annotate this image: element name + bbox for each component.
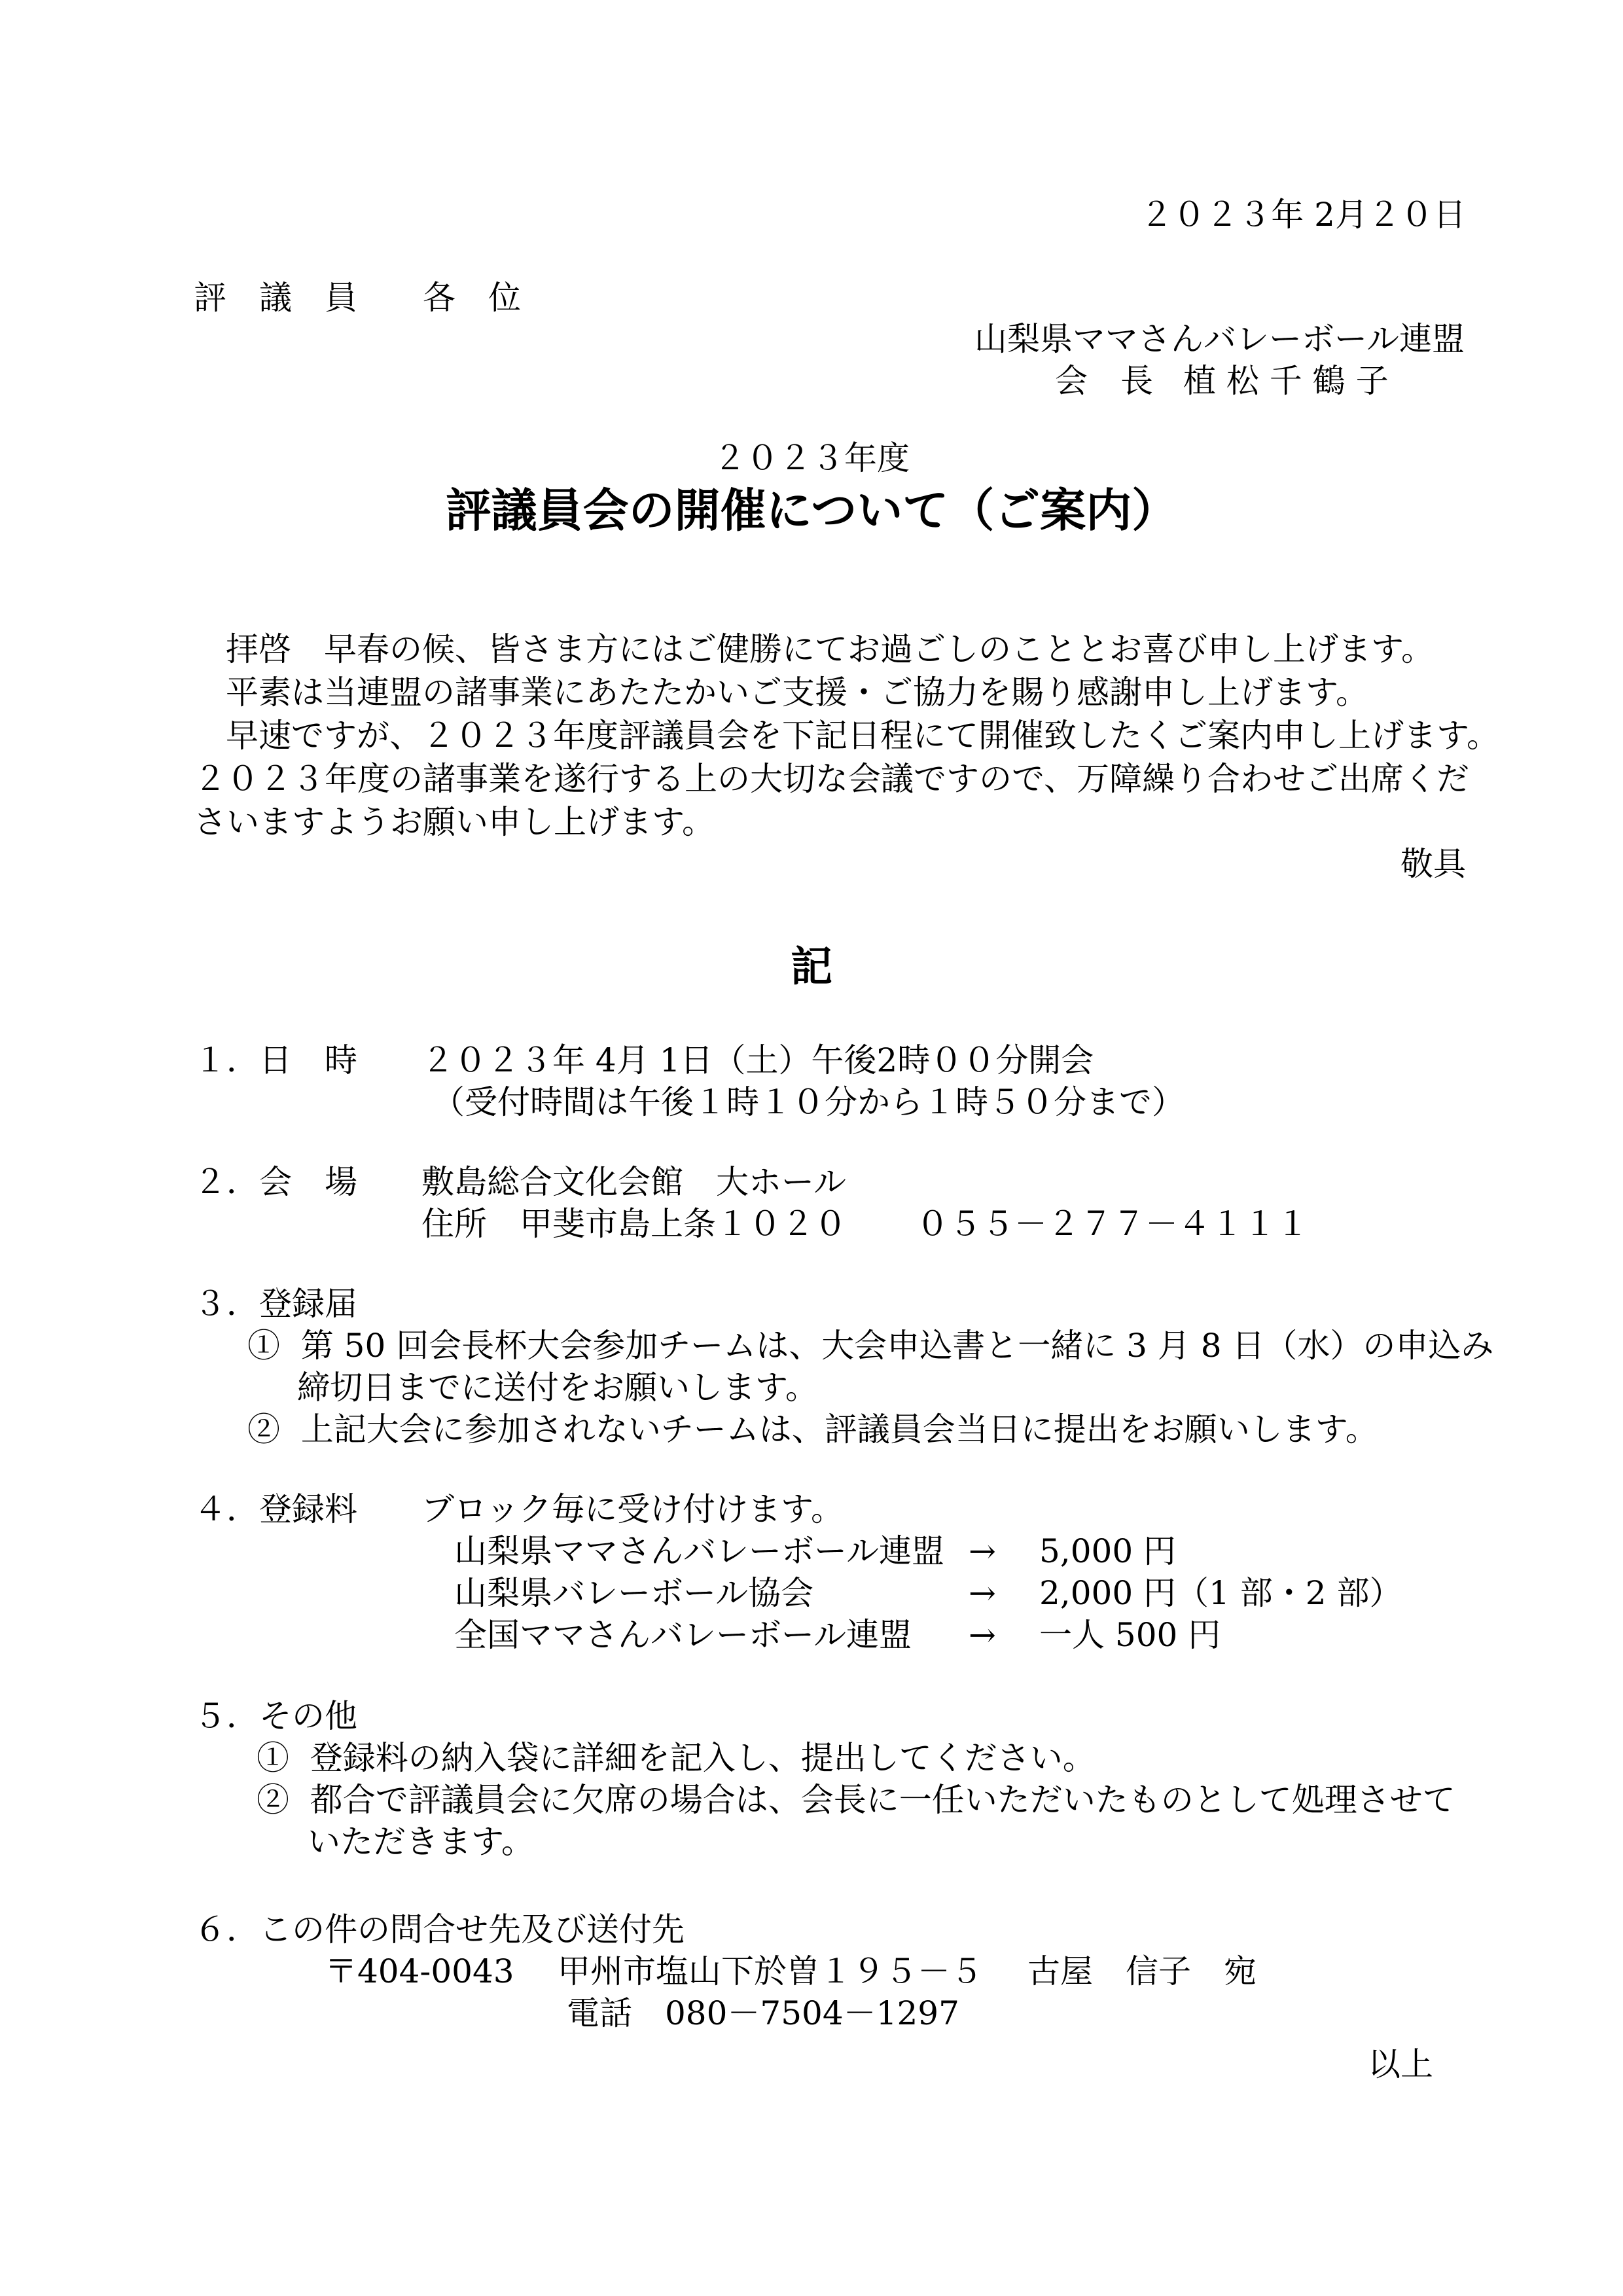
title-year: ２０２３年度 xyxy=(0,439,1623,478)
body-line: ２０２３年度の諸事業を遂行する上の大切な会議ですので、万障繰り合わせご出席くだ xyxy=(194,759,1469,798)
item-contact-label: ６．この件の問合せ先及び送付先 xyxy=(194,1910,685,1949)
registration-point: ② 上記大会に参加されないチームは、評議員会当日に提出をお願いします。 xyxy=(247,1410,1378,1449)
item-registration-label: ３．登録届 xyxy=(194,1284,357,1323)
body-line: さいますようお願い申し上げます。 xyxy=(194,802,715,842)
letter-date: ２０２３年 2月２０日 xyxy=(1140,195,1466,234)
fee-row-arrow: → xyxy=(969,1532,996,1571)
sender-org: 山梨県ママさんバレーボール連盟 xyxy=(974,319,1465,359)
fee-row-org: 山梨県ママさんバレーボール連盟 xyxy=(454,1532,944,1571)
sender-name: 植 松 千 鶴 子 xyxy=(1183,361,1389,401)
body-line: 平素は当連盟の諸事業にあたたかいご支援・ご協力を賜り感謝申し上げます。 xyxy=(226,673,1368,712)
contact-postal: 〒404-0043 xyxy=(325,1952,514,1991)
closing-keigu: 敬具 xyxy=(1400,844,1466,884)
other-point-cont: いただきます。 xyxy=(308,1822,534,1861)
body-line: 早速ですが、２０２３年度評議員会を下記日程にて開催致したくご案内申し上げます。 xyxy=(226,716,1499,755)
item-fee-label: ４．登録料 xyxy=(194,1490,357,1529)
fee-row-org: 全国ママさんバレーボール連盟 xyxy=(454,1615,912,1655)
item-venue-name: 敷島総合文化会館 大ホール xyxy=(421,1162,846,1202)
contact-name: 古屋 信子 宛 xyxy=(1027,1952,1257,1991)
fee-row-amount: 一人 500 円 xyxy=(1039,1615,1221,1655)
sender-title: 会 長 xyxy=(1055,361,1153,401)
fee-row-amount: 2,000 円（1 部・2 部） xyxy=(1039,1573,1402,1613)
item-other-label: ５．その他 xyxy=(194,1696,357,1736)
item-datetime-note: （受付時間は午後１時１０分から１時５０分まで） xyxy=(432,1083,1185,1122)
body-line: 拝啓 早春の候、皆さま方にはご健勝にてお過ごしのこととお喜び申し上げます。 xyxy=(226,630,1434,669)
item-datetime-label: １．日 時 xyxy=(194,1041,357,1080)
fee-row-org: 山梨県バレーボール協会 xyxy=(454,1573,813,1613)
ki-heading: 記 xyxy=(0,942,1623,992)
other-point: ② 都合で評議員会に欠席の場合は、会長に一任いただいたものとして処理させて xyxy=(257,1780,1455,1820)
item-datetime-value: ２０２３年 4月 1日（土）午後2時００分開会 xyxy=(421,1041,1094,1080)
fee-row-amount: 5,000 円 xyxy=(1039,1532,1176,1571)
page-title: 評議員会の開催について（ご案内） xyxy=(0,483,1623,538)
fee-row-arrow: → xyxy=(969,1615,996,1655)
registration-point: ① 第 50 回会長杯大会参加チームは、大会申込書と一緒に 3 月 8 日（水）… xyxy=(247,1326,1493,1365)
fee-row-arrow: → xyxy=(969,1573,996,1613)
contact-phone: 電話 080－7504－1297 xyxy=(567,1994,959,2033)
item-venue-address: 住所 甲斐市島上条１０２０ xyxy=(421,1204,847,1244)
registration-point-cont: 締切日までに送付をお願いします。 xyxy=(297,1368,818,1407)
closing-ijou: 以上 xyxy=(1368,2045,1433,2084)
other-point: ① 登録料の納入袋に詳細を記入し、提出してください。 xyxy=(257,1738,1096,1778)
item-venue-phone: ０５５－２７７－４１１１ xyxy=(916,1204,1309,1244)
recipient: 評 議 員 各 位 xyxy=(194,278,521,317)
item-fee-intro: ブロック毎に受け付けます。 xyxy=(421,1490,844,1529)
item-venue-label: ２．会 場 xyxy=(194,1162,357,1202)
contact-address: 甲州市塩山下於曽１９５－５ xyxy=(558,1952,983,1991)
